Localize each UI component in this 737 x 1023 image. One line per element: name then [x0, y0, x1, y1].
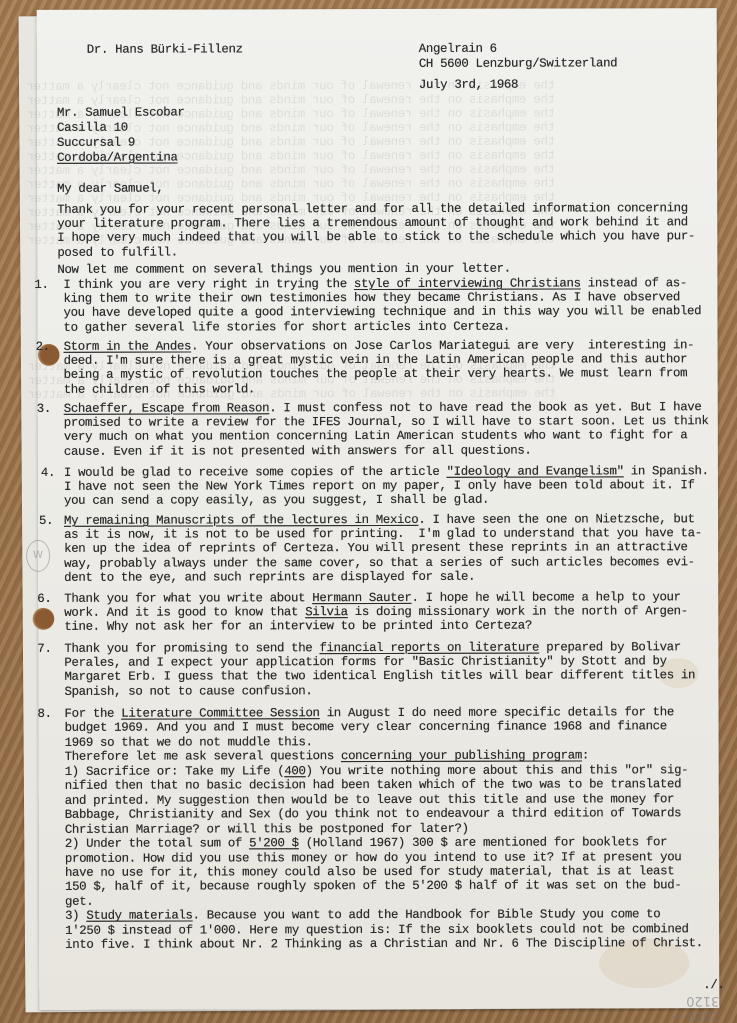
item-number: 5.: [39, 514, 53, 528]
letter-date: July 3rd, 1968: [419, 78, 518, 92]
item-line: Margaret Erb. I guess that the two ident…: [64, 669, 695, 685]
item-line: get.: [65, 895, 93, 909]
numbered-items: [37, 8, 717, 10]
item-line: For the Literature Committee Session in …: [65, 705, 674, 721]
item-line: Spanish, so not to cause confusion.: [64, 684, 312, 699]
item-line: the children of this world.: [64, 382, 255, 397]
item-line: way, probably always under the same cove…: [64, 555, 695, 571]
sender-name: Dr. Hans Bürki-Fillenz: [87, 42, 243, 56]
letter-page: the emphasis on the renewal of our minds…: [37, 8, 720, 1010]
underlined-phrase: Storm in the Andes: [64, 339, 192, 353]
item-number: 3.: [37, 402, 51, 416]
recipient-line2: Casilla 10: [57, 121, 128, 135]
pencil-note-bleedthrough: 2500 + 3120: [634, 993, 719, 1023]
recipient-line4: Cordoba/Argentina: [57, 151, 178, 165]
item-number: 2.: [36, 340, 50, 354]
intro-line: Thank you for your recent personal lette…: [57, 201, 688, 217]
item-line: promotion. How did you use this money or…: [65, 850, 681, 866]
intro-line: your literature program. There lies a tr…: [57, 215, 688, 231]
intro-line: I hope very much indeed that you will be…: [57, 230, 695, 246]
item-line: deed. I'm sure there is a great mystic v…: [64, 352, 688, 368]
item-line: Schaeffer, Escape from Reason. I must co…: [64, 400, 702, 416]
item-line: cause. Even if it is not presented with …: [64, 443, 532, 458]
item-line: Thank you for promising to send the fina…: [64, 640, 681, 656]
item-line: being a mystic of revolution touches the…: [64, 367, 688, 383]
underlined-phrase: Hermann Sauter: [312, 591, 411, 605]
recipient-line1: Mr. Samuel Escobar: [57, 106, 185, 120]
underlined-phrase: My remaining Manuscripts of the lectures…: [64, 513, 418, 528]
transition-sentence: Now let me comment on several things you…: [57, 262, 511, 277]
punch-hole: [32, 608, 54, 630]
item-line: 150 $, half of it, because roughly spoke…: [65, 879, 681, 895]
item-number: 7.: [37, 642, 51, 656]
item-line: 1969 so that we do not muddle this.: [65, 735, 313, 750]
item-line: 2) Under the total sum of 5'200 $ (Holla…: [65, 835, 667, 851]
item-line: tine. Why not ask her for an interview t…: [64, 619, 532, 634]
item-line: 1'250 $ instead of 1'000. Here my questi…: [65, 922, 689, 938]
item-line: to gather several life stories for short…: [64, 319, 510, 334]
item-line: work. And it is good to know that Silvia…: [64, 604, 688, 620]
underlined-phrase: Study materials: [86, 909, 192, 923]
item-number: 1.: [34, 278, 48, 292]
item-line: you have developed quite a good intervie…: [63, 305, 701, 321]
item-line: I think you are very right in trying the…: [63, 276, 687, 292]
item-line: 1) Sacrifice or: Take my Life (400) You …: [65, 763, 689, 779]
item-line: dent to the eye, and such reprints are d…: [64, 570, 475, 585]
item-number: 4.: [41, 466, 55, 480]
item-number: 8.: [38, 707, 52, 721]
pencil-circle-mark: W: [26, 540, 50, 572]
underlined-phrase: financial reports on literature: [319, 641, 539, 656]
sender-address-line2: CH 5600 Lenzburg/Switzerland: [419, 56, 617, 71]
item-line: 3) Study materials. Because you want to …: [65, 908, 660, 924]
item-line: king them to write their own testimonies…: [63, 290, 679, 306]
intro-paragraph: [37, 8, 717, 10]
item-line: into five. I think about Nr. 2 Thinking …: [65, 936, 703, 952]
item-number: 6.: [37, 592, 51, 606]
bleedthrough-text: the emphasis on the renewal of our minds…: [27, 163, 555, 178]
item-line: My remaining Manuscripts of the lectures…: [64, 512, 695, 528]
item-line: have no use for it, this money could als…: [65, 864, 674, 880]
item-line: you can send a copy easily, as you sugge…: [64, 493, 489, 508]
item-line: ken up the idea of reprints of Certeza. …: [64, 541, 688, 557]
underlined-phrase: concerning your publishing program: [341, 749, 582, 764]
underlined-phrase: Literature Committee Session: [121, 706, 319, 721]
salutation: My dear Samuel,: [57, 182, 163, 196]
sender-address-line1: Angelrain 6: [419, 42, 497, 56]
underlined-phrase: Silvia: [305, 605, 348, 619]
underlined-phrase: 400: [284, 764, 305, 778]
item-line: and printed. My suggestion then would be…: [65, 792, 674, 808]
item-line: I have not seen the New York Times repor…: [64, 478, 695, 494]
item-line: very much on what you mention concerning…: [64, 429, 688, 445]
item-line: Christian Marriage? or will this be post…: [65, 821, 469, 836]
item-line: Therefore let me ask several questions c…: [65, 749, 589, 764]
underlined-phrase: 5'200 $: [249, 836, 299, 850]
item-line: I would be glad to receive some copies o…: [64, 464, 709, 480]
item-line: Perales, and I expect your application f…: [64, 654, 666, 670]
item-line: Thank you for what you write about Herma…: [64, 590, 681, 606]
item-line: Babbage, Christianity and Sex (do you th…: [65, 806, 681, 822]
item-line: as it is now, it is not to be used for p…: [64, 526, 702, 542]
underlined-phrase: "Ideology and Evangelism": [447, 464, 624, 478]
underlined-phrase: Schaeffer, Escape from Reason: [64, 401, 270, 416]
intro-line: posed to fulfill.: [57, 245, 178, 259]
item-line: promised to write a review for the IFES …: [64, 414, 709, 430]
underlined-phrase: style of interviewing Christians: [354, 276, 581, 291]
continuation-mark: ./.: [703, 978, 724, 992]
item-line: Storm in the Andes. Your observations on…: [64, 338, 695, 354]
item-line: nified then that no basic decision had b…: [65, 777, 681, 793]
recipient-line3: Succursal 9: [57, 136, 135, 150]
item-line: budget 1969. And you and I must become v…: [65, 720, 667, 736]
